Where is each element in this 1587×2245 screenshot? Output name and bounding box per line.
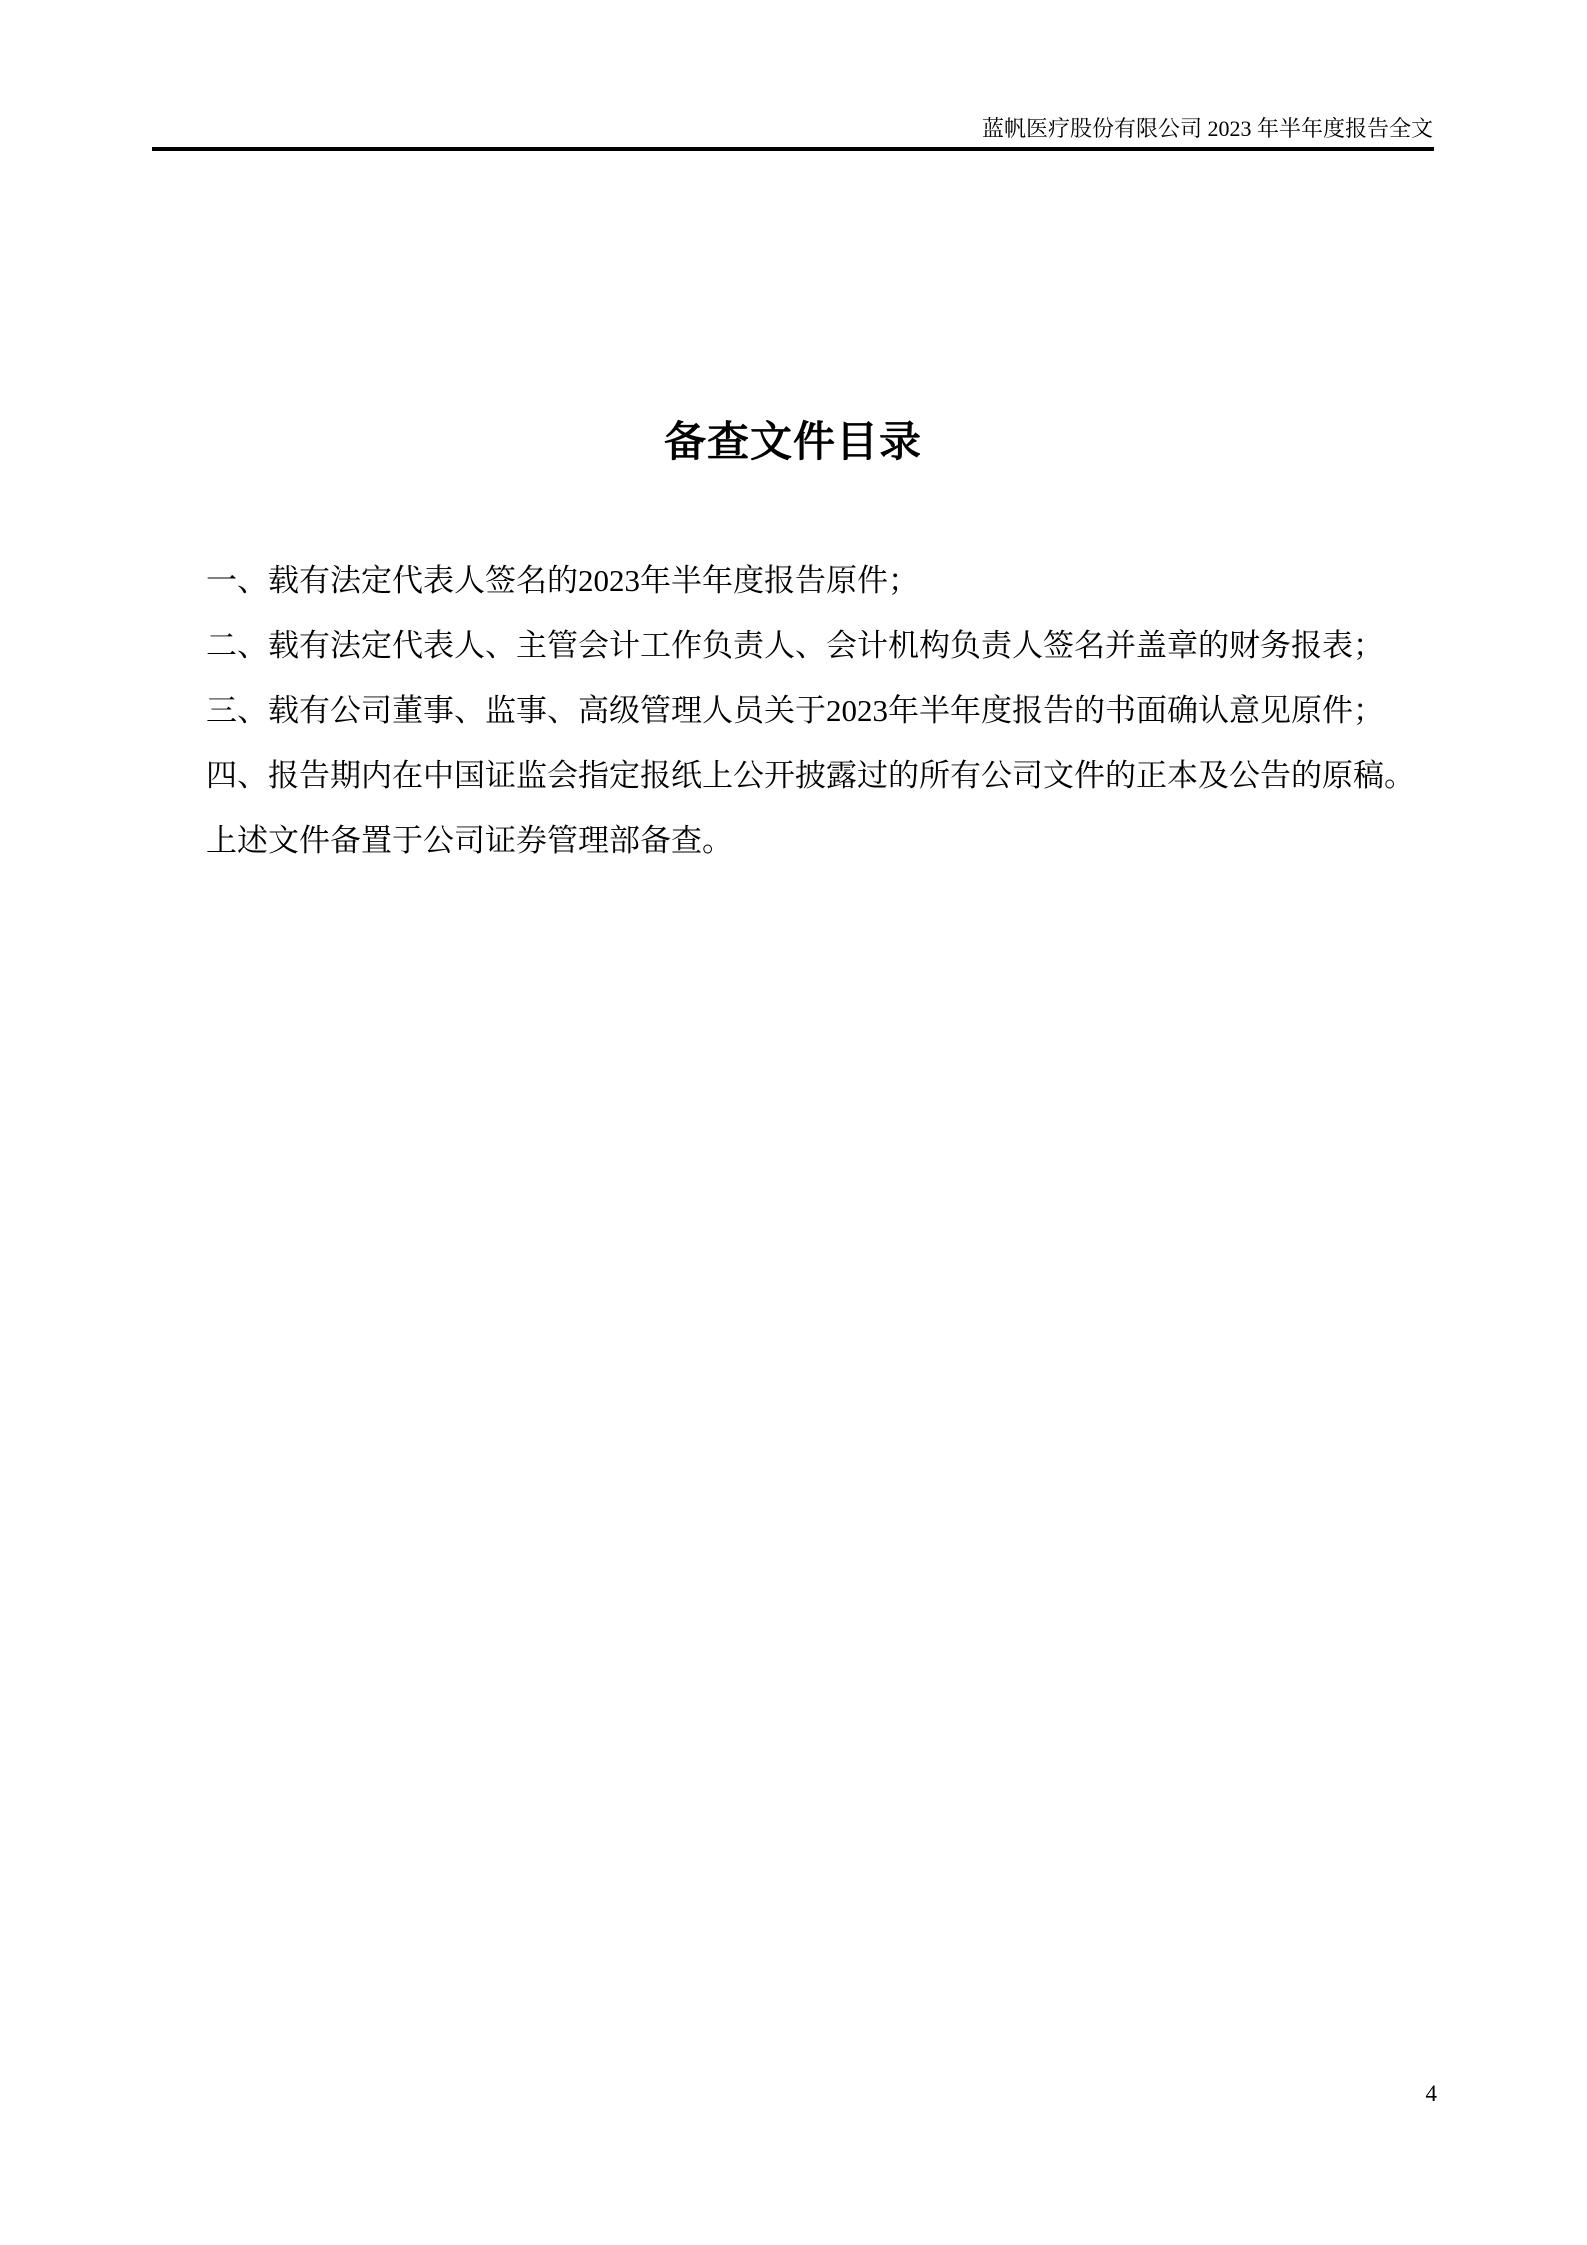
list-item-1: 一、载有法定代表人签名的2023年半年度报告原件； <box>206 548 1450 613</box>
header-rule <box>152 147 1434 151</box>
document-body: 一、载有法定代表人签名的2023年半年度报告原件； 二、载有法定代表人、主管会计… <box>206 548 1450 873</box>
list-item-4: 四、报告期内在中国证监会指定报纸上公开披露过的所有公司文件的正本及公告的原稿。 <box>206 743 1450 808</box>
page-number: 4 <box>1426 2080 1438 2108</box>
closing-sentence: 上述文件备置于公司证券管理部备查。 <box>206 808 1450 873</box>
list-item-2: 二、载有法定代表人、主管会计工作负责人、会计机构负责人签名并盖章的财务报表； <box>206 613 1450 678</box>
list-item-3: 三、载有公司董事、监事、高级管理人员关于2023年半年度报告的书面确认意见原件； <box>206 678 1450 743</box>
report-page: 蓝帆医疗股份有限公司 2023 年半年度报告全文 备查文件目录 一、载有法定代表… <box>0 0 1587 2245</box>
page-header-title: 蓝帆医疗股份有限公司 2023 年半年度报告全文 <box>982 115 1433 143</box>
document-title: 备查文件目录 <box>152 409 1434 469</box>
